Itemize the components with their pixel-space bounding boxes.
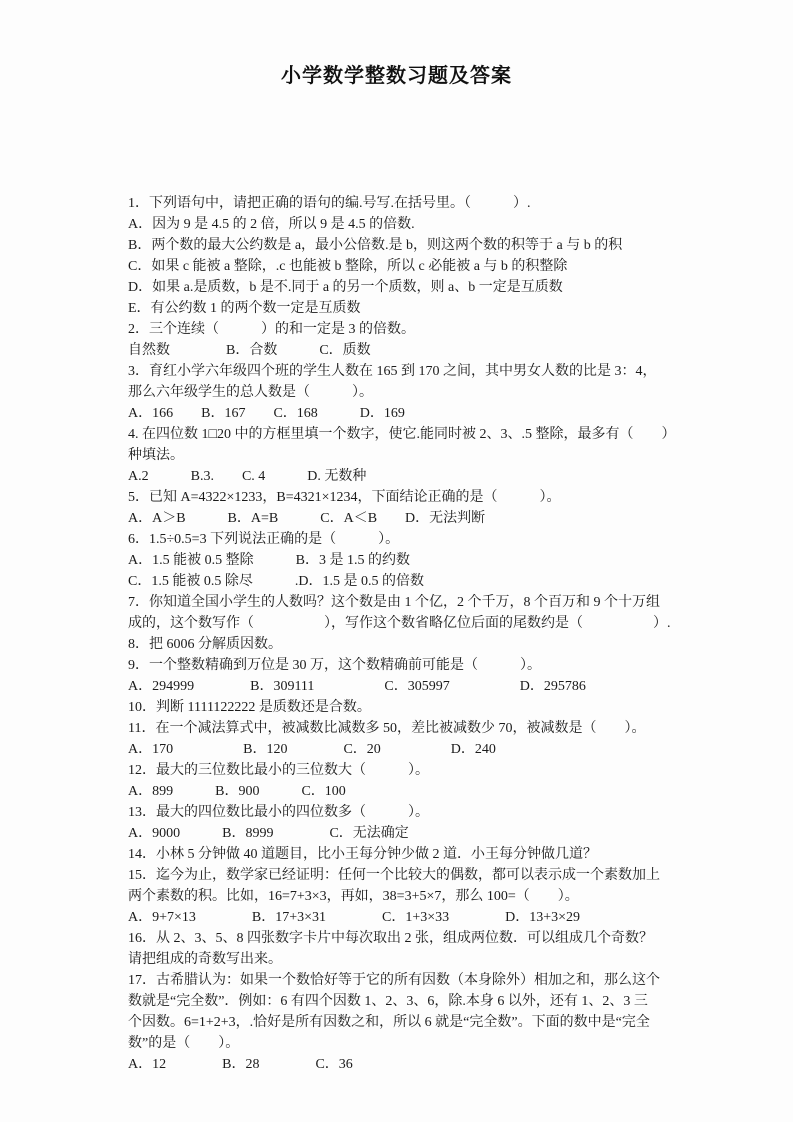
- text-line: A．166 B．167 C．168 D．169: [128, 403, 690, 424]
- text-line: A．9+7×13 B．17+3×31 C．1+3×33 D．13+3×29: [128, 907, 690, 928]
- text-line: 6．1.5÷0.5=3 下列说法正确的是（ ）。: [128, 529, 690, 550]
- worksheet-page: 小学数学整数习题及答案 1．下列语句中，请把正确的语句的编.号写.在括号里。（ …: [0, 0, 793, 1122]
- text-line: B．两个数的最大公约数是 a，最小公倍数.是 b，则这两个数的积等于 a 与 b…: [128, 235, 690, 256]
- text-line: D．如果 a.是质数，b 是不.同于 a 的另一个质数，则 a、b 一定是互质数: [128, 277, 690, 298]
- text-line: 3．育红小学六年级四个班的学生人数在 165 到 170 之间，其中男女人数的比…: [128, 361, 690, 382]
- text-line: 13．最大的四位数比最小的四位数多（ ）。: [128, 802, 690, 823]
- text-line: C．1.5 能被 0.5 除尽 .D．1.5 是 0.5 的倍数: [128, 571, 690, 592]
- text-line: 数就是“完全数”．例如：6 有四个因数 1、2、3、6，除.本身 6 以外，还有…: [128, 991, 690, 1012]
- text-line: 16．从 2、3、5、8 四张数字卡片中每次取出 2 张，组成两位数．可以组成几…: [128, 928, 690, 949]
- text-line: A．170 B．120 C．20 D．240: [128, 739, 690, 760]
- text-line: 数”的是（ ）。: [128, 1033, 690, 1054]
- text-line: 5．已知 A=4322×1233，B=4321×1234，下面结论正确的是（ ）…: [128, 487, 690, 508]
- text-line: A．因为 9 是 4.5 的 2 倍，所以 9 是 4.5 的倍数.: [128, 214, 690, 235]
- text-line: 14．小林 5 分钟做 40 道题目，比小王每分钟少做 2 道．小王每分钟做几道…: [128, 844, 690, 865]
- text-line: E．有公约数 1 的两个数一定是互质数: [128, 298, 690, 319]
- text-line: A．A＞B B．A=B C．A＜B D．无法判断: [128, 508, 690, 529]
- text-line: A．899 B．900 C．100: [128, 781, 690, 802]
- text-line: A．294999 B．309111 C．305997 D．295786: [128, 676, 690, 697]
- text-line: A.2 B.3. C. 4 D. 无数种: [128, 466, 690, 487]
- text-line: A．12 B．28 C．36: [128, 1054, 690, 1075]
- text-line: 11．在一个减法算式中，被减数比减数多 50，差比被减数少 70，被减数是（ ）…: [128, 718, 690, 739]
- text-line: 7．你知道全国小学生的人数吗？这个数是由 1 个亿，2 个千万，8 个百万和 9…: [128, 592, 690, 613]
- text-line: 1．下列语句中，请把正确的语句的编.号写.在括号里。（ ）.: [128, 193, 690, 214]
- text-line: C．如果 c 能被 a 整除，.c 也能被 b 整除，所以 c 必能被 a 与 …: [128, 256, 690, 277]
- text-line: 12．最大的三位数比最小的三位数大（ ）。: [128, 760, 690, 781]
- text-line: 种填法。: [128, 445, 690, 466]
- page-title: 小学数学整数习题及答案: [0, 63, 793, 87]
- text-line: A．1.5 能被 0.5 整除 B．3 是 1.5 的约数: [128, 550, 690, 571]
- text-line: A．9000 B．8999 C．无法确定: [128, 823, 690, 844]
- text-line: 2．三个连续（ ）的和一定是 3 的倍数。: [128, 319, 690, 340]
- text-line: 8．把 6006 分解质因数。: [128, 634, 690, 655]
- text-line: 自然数 B．合数 C．质数: [128, 340, 690, 361]
- text-line: 10．判断 1111122222 是质数还是合数。: [128, 697, 690, 718]
- text-line: 两个素数的积。比如，16=7+3×3，再如，38=3+5×7，那么 100=（ …: [128, 886, 690, 907]
- text-line: 15．迄今为止，数学家已经证明：任何一个比较大的偶数，都可以表示成一个素数加上: [128, 865, 690, 886]
- question-lines: 1．下列语句中，请把正确的语句的编.号写.在括号里。（ ）.A．因为 9 是 4…: [128, 193, 690, 1075]
- text-line: 那么六年级学生的总人数是（ ）。: [128, 382, 690, 403]
- text-line: 17．古希腊认为：如果一个数恰好等于它的所有因数（本身除外）相加之和，那么这个: [128, 970, 690, 991]
- text-line: 请把组成的奇数写出来。: [128, 949, 690, 970]
- text-line: 9．一个整数精确到万位是 30 万，这个数精确前可能是（ ）。: [128, 655, 690, 676]
- text-line: 4. 在四位数 1□20 中的方框里填一个数字，使它.能同时被 2、3、.5 整…: [128, 424, 690, 445]
- text-line: 成的，这个数写作（ ），写作这个数省略亿位后面的尾数约是（ ）.: [128, 613, 690, 634]
- text-line: 个因数。6=1+2+3，.恰好是所有因数之和，所以 6 就是“完全数”。下面的数…: [128, 1012, 690, 1033]
